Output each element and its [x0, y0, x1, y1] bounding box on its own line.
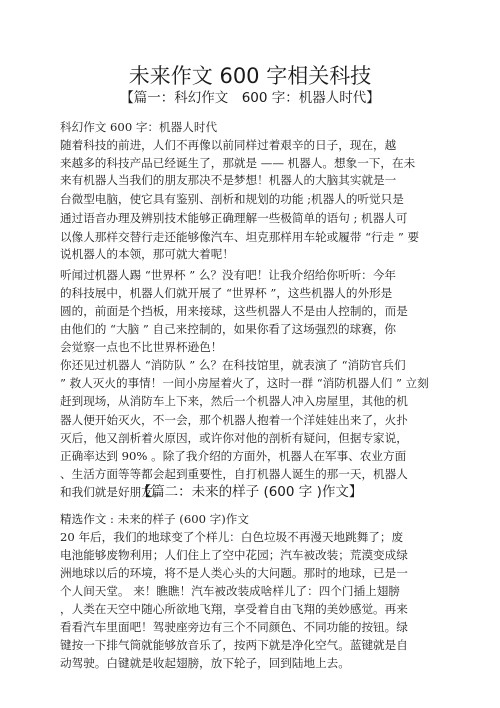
section-2-line: 电池能够废物利用；人们住上了空中花园；汽车被改装；荒漠变成绿: [60, 547, 408, 563]
section-2-heading: 【篇二：未来的样子 (600 字 )作文】: [0, 482, 500, 502]
section-2-line: 洲地球以后的环境，将不是人类心头的大问题。那时的地球，已是一: [60, 565, 408, 581]
section-1-line: 灭后，他又剖析着火原因，或许你对他的剖析有疑问，但据专家说，: [60, 430, 408, 446]
section-1-line: 来越多的科技产品已经诞生了，那就是 —— 机器人。想象一下，在未: [60, 155, 415, 171]
section-1-line: 听闻过机器人踢 “世界杯 ” 么？没有吧！让我介绍给你听听：今年: [60, 267, 396, 283]
section-1-line: 随着科技的前进，人们不再像以前同样过着艰辛的日子，现在，越: [60, 137, 396, 153]
section-1-line: 通过语音办理及辨别技术能够正确理解一些极简单的语句 ; 机器人可: [60, 210, 408, 226]
section-1-line: 的科技展中，机器人们就开展了 “世界杯 ”，这些机器人的外形是: [60, 285, 392, 301]
section-2-line: 看看汽车里面吧！驾驶座旁边有三个不同颜色、不同功能的按钮。绿: [60, 619, 408, 635]
section-1-line: 会觉察一点也不比世界杯逊色！: [60, 339, 222, 355]
section-1-heading: 【篇一：科幻作文 600 字：机器人时代】: [0, 88, 500, 108]
section-1-line: 以像人那样交替行走还能够像汽车、坦克那样用车轮或履带 “行走 ” 要: [60, 229, 419, 245]
section-2-line: 键按一下排气筒就能够放音乐了，按两下就是净化空气。蓝键就是自: [60, 637, 408, 653]
section-1-line: 、生活方面等等都会起到重要性，自打机器人诞生的那一天，机器人: [60, 466, 408, 482]
section-1-line: 来有机器人当我们的朋友那决不是梦想！机器人的大脑其实就是一: [60, 172, 396, 188]
section-2-line: 个人间天堂。 来！瞧瞧！汽车被改装成啥样儿了：四个门插上翅膀: [60, 583, 400, 599]
section-1-line: 科幻作文 600 字：机器人时代: [60, 119, 217, 135]
section-1-line: ” 救人灭火的事情！一间小房屋着火了，这时一群 “消防机器人们 ” 立刻: [60, 375, 429, 391]
section-2-line: ，人类在天空中随心所欲地飞翔，享受着自由飞翔的美妙感觉。再来: [60, 601, 408, 617]
section-1-line: 说机器人的本领，那可就大着呢！: [60, 246, 234, 262]
section-1-line: 台微型电脑，使它具有鉴别、剖析和规划的功能 ;机器人的听觉只是: [60, 191, 404, 207]
section-1-line: 赶到现场，从消防车上下来，然后一个机器人冲入房屋里，其他的机: [60, 393, 408, 409]
document-title: 未来作文 600 字相关科技: [0, 62, 500, 90]
section-1-line: 圆的，前面是个挡板，用来接球，这些机器人不是由人控制的，而是: [60, 303, 408, 319]
document-page: 未来作文 600 字相关科技 【篇一：科幻作文 600 字：机器人时代】 科幻作…: [0, 0, 500, 708]
section-1-line: 你还见过机器人 “消防队 ” 么？在科技馆里，就表演了 “消防官兵们: [60, 357, 406, 373]
section-2-line: 20 年后，我们的地球变了个样儿：白色垃圾不再漫天地跳舞了；废: [60, 529, 403, 545]
section-1-line: 正确率达到 90% 。除了我介绍的方面外，机器人在军事、农业方面: [60, 448, 406, 464]
section-2-line: 精选作文 : 未来的样子 (600 字)作文: [60, 511, 249, 527]
section-2-line: 动驾驶。白键就是收起翅膀，放下轮子，回到陆地上去。: [60, 655, 350, 671]
section-1-line: 器人便开始灭火，不一会，那个机器人抱着一个洋娃娃出来了，火扑: [60, 412, 408, 428]
section-1-line: 由他们的 “大脑 ” 自己来控制的，如果你看了这场强烈的球赛，你: [60, 321, 396, 337]
